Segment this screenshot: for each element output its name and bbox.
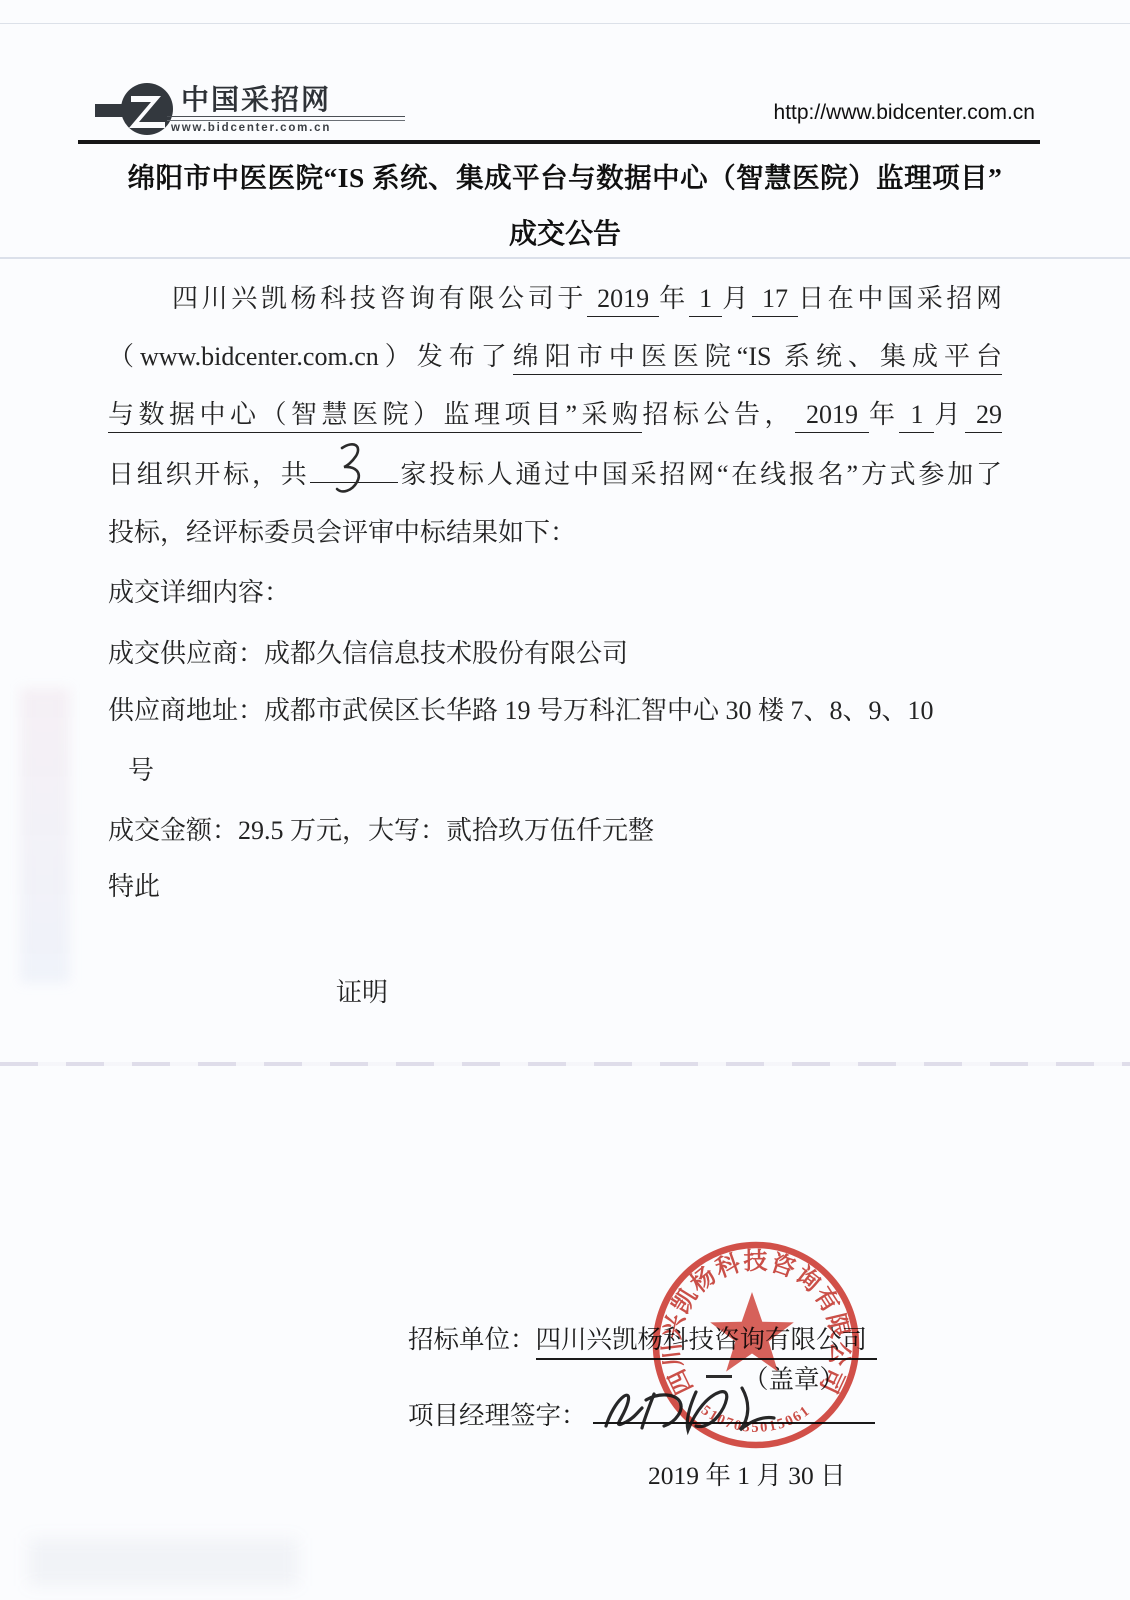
body-line-4: 日组织开标，共家投标人通过中国采招网“在线报名”方式参加了 [108, 454, 1002, 491]
bidcenter-logo: 中国采招网 www.bidcenter.com.cn [95, 76, 395, 138]
document-title-line1: 绵阳市中医医院“IS 系统、集成平台与数据中心（智慧医院）监理项目” [58, 155, 1072, 195]
body-line-12: 证明 [336, 972, 1130, 1009]
underlined-year: 2019 [795, 400, 869, 433]
body-line-11: 特此 [108, 866, 1002, 903]
underlined-day: 29 [965, 400, 1002, 433]
underlined-month: 1 [899, 400, 934, 433]
header-url: http://www.bidcenter.com.cn [774, 101, 1035, 125]
seal-star [710, 1292, 794, 1372]
body-line-8: 供应商地址：成都市武侯区长华路 19 号万科汇智中心 30 楼 7、8、9、10 [108, 690, 1002, 727]
text-segment: 日组织开标，共 [108, 460, 310, 489]
body-line-7: 成交供应商：成都久信信息技术股份有限公司 [108, 633, 1002, 670]
underlined-year: 2019 [587, 284, 659, 317]
document-title-line2: 成交公告 [58, 212, 1072, 252]
handwritten-count-icon [334, 440, 368, 498]
underlined-project-name: 绵阳市中医医院“IS 系统、集成平台 [513, 342, 1002, 375]
document-page: 中国采招网 www.bidcenter.com.cn http://www.bi… [0, 0, 1130, 1600]
bid-unit-label: 招标单位： [408, 1325, 536, 1354]
logo-brand-text: 中国采招网 [181, 78, 331, 118]
body-line-10: 成交金额：29.5 万元，大写：贰拾玖万伍仟元整 [108, 810, 1002, 847]
manager-label: 项目经理签字： [408, 1401, 587, 1430]
page-bleed-through [20, 688, 70, 983]
text-segment: 月 [934, 400, 965, 429]
body-line-6: 成交详细内容： [108, 572, 1002, 609]
handwritten-signature-icon [592, 1376, 782, 1438]
underlined-project-name: 与数据中心（智慧医院）监理项目”采购 [108, 400, 642, 433]
logo-divider [167, 116, 405, 121]
text-segment: 年 [869, 400, 900, 429]
text-segment: 家投标人通过中国采招网“在线报名”方式参加了 [398, 460, 1002, 489]
body-line-5: 投标，经评标委员会评审中标结果如下： [108, 512, 1002, 549]
text-segment: 日在中国采招网 [798, 284, 1002, 313]
bidder-count-blank [310, 456, 398, 483]
body-line-1: 四川兴凯杨科技咨询有限公司于 2019 年 1 月 17 日在中国采招网 [108, 278, 1002, 315]
text-segment: 四川兴凯杨科技咨询有限公司于 [172, 284, 587, 313]
body-line-9: 号 [128, 750, 1022, 787]
body-line-3: 与数据中心（智慧医院）监理项目”采购招标公告， 2019 年 1 月 29 [108, 394, 1002, 431]
header-rule [78, 140, 1040, 144]
text-segment: （www.bidcenter.com.cn）发布了 [108, 342, 513, 371]
underlined-day: 17 [752, 284, 798, 317]
scan-artifact-line [0, 257, 1130, 259]
logo-site-text: www.bidcenter.com.cn [171, 122, 331, 134]
text-segment: 招标公告， [642, 400, 795, 429]
page-smudge [28, 1538, 298, 1586]
body-line-2: （www.bidcenter.com.cn）发布了绵阳市中医医院“IS 系统、集… [108, 336, 1002, 373]
underlined-month: 1 [689, 284, 722, 317]
scan-artifact-line [0, 23, 1130, 24]
text-segment: 月 [722, 284, 752, 313]
text-segment: 年 [659, 284, 689, 313]
scan-artifact-line [0, 1062, 1130, 1066]
logo-mark-icon [95, 82, 175, 136]
